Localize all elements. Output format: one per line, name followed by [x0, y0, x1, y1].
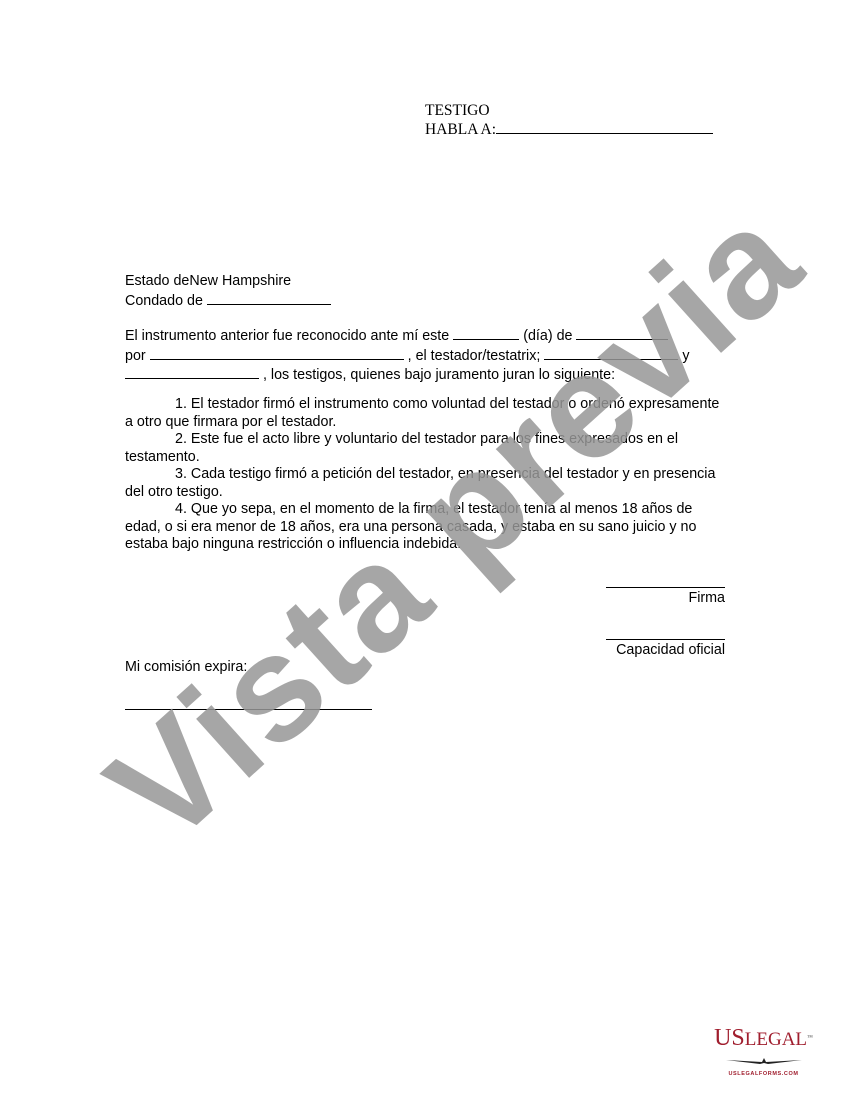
- witness-header: TESTIGO HABLA A:: [425, 101, 713, 139]
- header-title: TESTIGO: [425, 101, 713, 120]
- ack-line-2: por , el testador/testatrix; y: [125, 346, 725, 366]
- acknowledgment-paragraph: El instrumento anterior fue reconocido a…: [125, 326, 725, 385]
- by-label: por: [125, 348, 146, 364]
- testator-label: , el testador/testatrix;: [408, 348, 541, 364]
- ack-line-1-text: El instrumento anterior fue reconocido a…: [125, 328, 449, 344]
- uslegal-logo: USLEGAL™ USLEGALFORMS.COM: [706, 1026, 821, 1070]
- document-page: TESTIGO HABLA A: Estado deNew Hampshire …: [0, 0, 850, 1100]
- witness-2-blank[interactable]: [125, 365, 259, 379]
- ack-line-3: , los testigos, quienes bajo juramento j…: [125, 365, 725, 385]
- logo-url: USLEGALFORMS.COM: [706, 1071, 821, 1077]
- commission-expires-label: Mi comisión expira:: [125, 659, 247, 677]
- statement-item: 1. El testador firmó el instrumento como…: [125, 396, 725, 431]
- county-label: Condado de: [125, 293, 203, 309]
- eagle-wings-icon: [724, 1057, 804, 1065]
- county-line: Condado de: [125, 291, 331, 311]
- ack-line-1: El instrumento anterior fue reconocido a…: [125, 326, 725, 346]
- month-blank[interactable]: [576, 326, 668, 340]
- venue-block: Estado deNew Hampshire Condado de: [125, 273, 331, 310]
- signature-line[interactable]: [606, 587, 725, 588]
- signature-label: Firma: [560, 590, 725, 608]
- logo-trademark: ™: [807, 1035, 813, 1041]
- witness-1-blank[interactable]: [544, 346, 678, 360]
- speaks-to-line: HABLA A:: [425, 120, 713, 139]
- logo-us: US: [714, 1025, 745, 1051]
- and-label: y: [682, 348, 689, 364]
- speaks-to-label: HABLA A:: [425, 121, 496, 138]
- county-blank[interactable]: [207, 291, 331, 305]
- state-line: Estado deNew Hampshire: [125, 273, 331, 291]
- speaks-to-blank[interactable]: [496, 120, 713, 134]
- commission-date-line[interactable]: [125, 709, 372, 710]
- day-blank[interactable]: [453, 326, 519, 340]
- sworn-statements: 1. El testador firmó el instrumento como…: [125, 396, 725, 554]
- logo-legal: LEGAL: [745, 1029, 807, 1050]
- statement-item: 4. Que yo sepa, en el momento de la firm…: [125, 501, 725, 554]
- witnesses-label: , los testigos, quienes bajo juramento j…: [263, 367, 615, 383]
- capacity-line[interactable]: [606, 639, 725, 640]
- capacity-label: Capacidad oficial: [560, 642, 725, 660]
- statement-item: 2. Este fue el acto libre y voluntario d…: [125, 431, 725, 466]
- testator-name-blank[interactable]: [150, 346, 404, 360]
- statement-item: 3. Cada testigo firmó a petición del tes…: [125, 466, 725, 501]
- logo-wordmark: USLEGAL™: [706, 1026, 821, 1052]
- day-label: (día) de: [523, 328, 572, 344]
